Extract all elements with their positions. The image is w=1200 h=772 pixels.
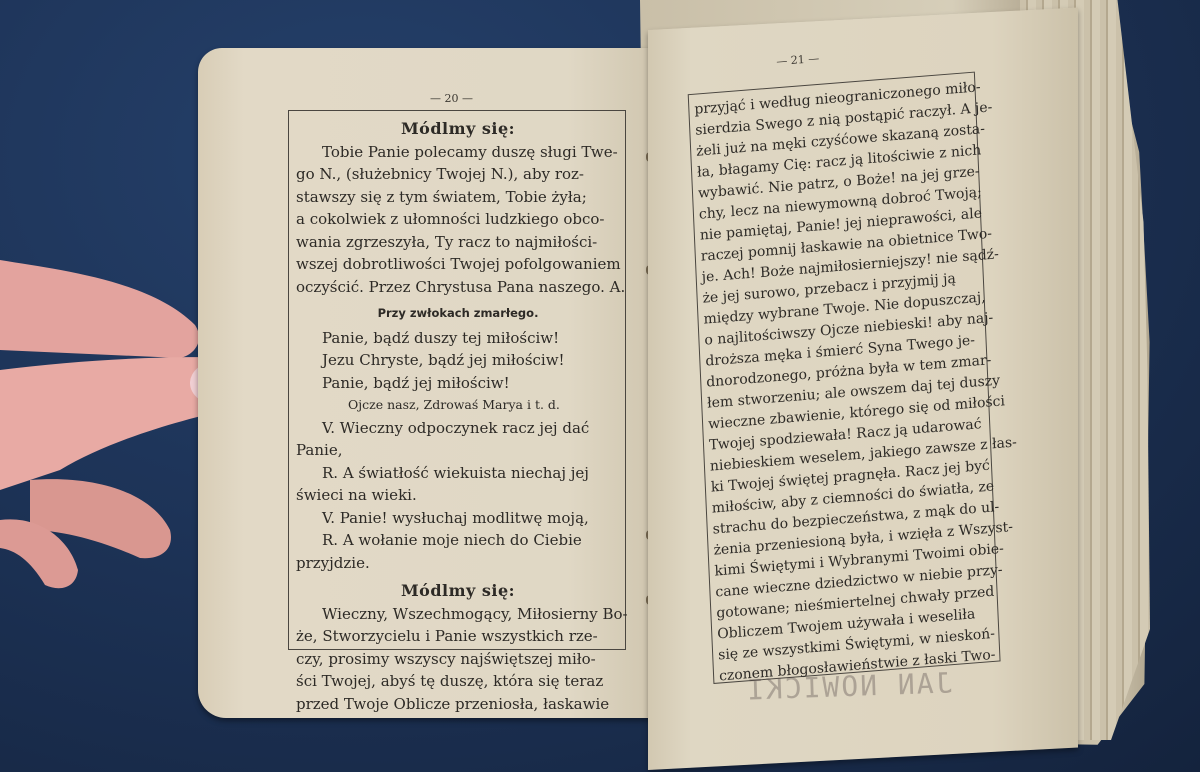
left-page-text: Módlmy się: Tobie Panie polecamy duszę s… <box>296 118 620 715</box>
response-line: V. Panie! wysłuchaj modlitwę moją, <box>296 507 620 530</box>
response-line: R. A światłość wiekuista niechaj jej <box>296 462 620 485</box>
prayer-line: a cokolwiek z ułomności ludzkiego obco- <box>296 208 620 231</box>
prayer-line: Tobie Panie polecamy duszę sługi Twe- <box>296 141 620 164</box>
heading-modlmy-sie-1: Módlmy się: <box>296 118 620 141</box>
response-line: świeci na wieki. <box>296 484 620 507</box>
prayer-line: wania zgrzeszyła, Ty racz to najmiłości- <box>296 231 620 254</box>
response-line: V. Wieczny odpoczynek racz jej dać <box>296 417 620 440</box>
prayer-line: że, Stworzycielu i Panie wszystkich rze- <box>296 625 620 648</box>
prayer-line: wszej dobrotliwości Twojej pofolgowaniem <box>296 253 620 276</box>
prayer-line: przed Twoje Oblicze przeniosła, łaskawie <box>296 693 620 716</box>
right-page-text: przyjąć i według nieograniczonego miło- … <box>694 78 997 688</box>
prayer-line: go N., (służebnicy Twojej N.), aby roz- <box>296 163 620 186</box>
right-page-number: — 21 — <box>776 52 819 68</box>
heading-modlmy-sie-2: Módlmy się: <box>296 580 620 603</box>
prayer-line: oczyścić. Przez Chrystusa Pana naszego. … <box>296 276 620 299</box>
prayer-line: ści Twojej, abyś tę duszę, która się ter… <box>296 670 620 693</box>
invocation-line: Panie, bądź jej miłościw! <box>296 372 620 395</box>
right-page-content: — 21 — przyjąć i według nieograniczonego… <box>676 32 992 665</box>
note-line: Ojcze nasz, Zdrowaś Marya i t. d. <box>296 394 620 417</box>
response-line: Panie, <box>296 439 620 462</box>
prayer-line: czy, prosimy wszyscy najświętszej miło- <box>296 648 620 671</box>
prayer-line: Wieczny, Wszechmogący, Miłosierny Bo- <box>296 603 620 626</box>
invocation-line: Panie, bądź duszy tej miłościw! <box>296 327 620 350</box>
response-line: R. A wołanie moje niech do Ciebie <box>296 529 620 552</box>
invocation-line: Jezu Chryste, bądź jej miłościw! <box>296 349 620 372</box>
prayer-line: stawszy się z tym światem, Tobie żyła; <box>296 186 620 209</box>
subheading-przy-zwlokach: Przy zwłokach zmarłego. <box>296 302 620 325</box>
left-page-number: — 20 — <box>430 92 473 105</box>
response-line: przyjdzie. <box>296 552 620 575</box>
